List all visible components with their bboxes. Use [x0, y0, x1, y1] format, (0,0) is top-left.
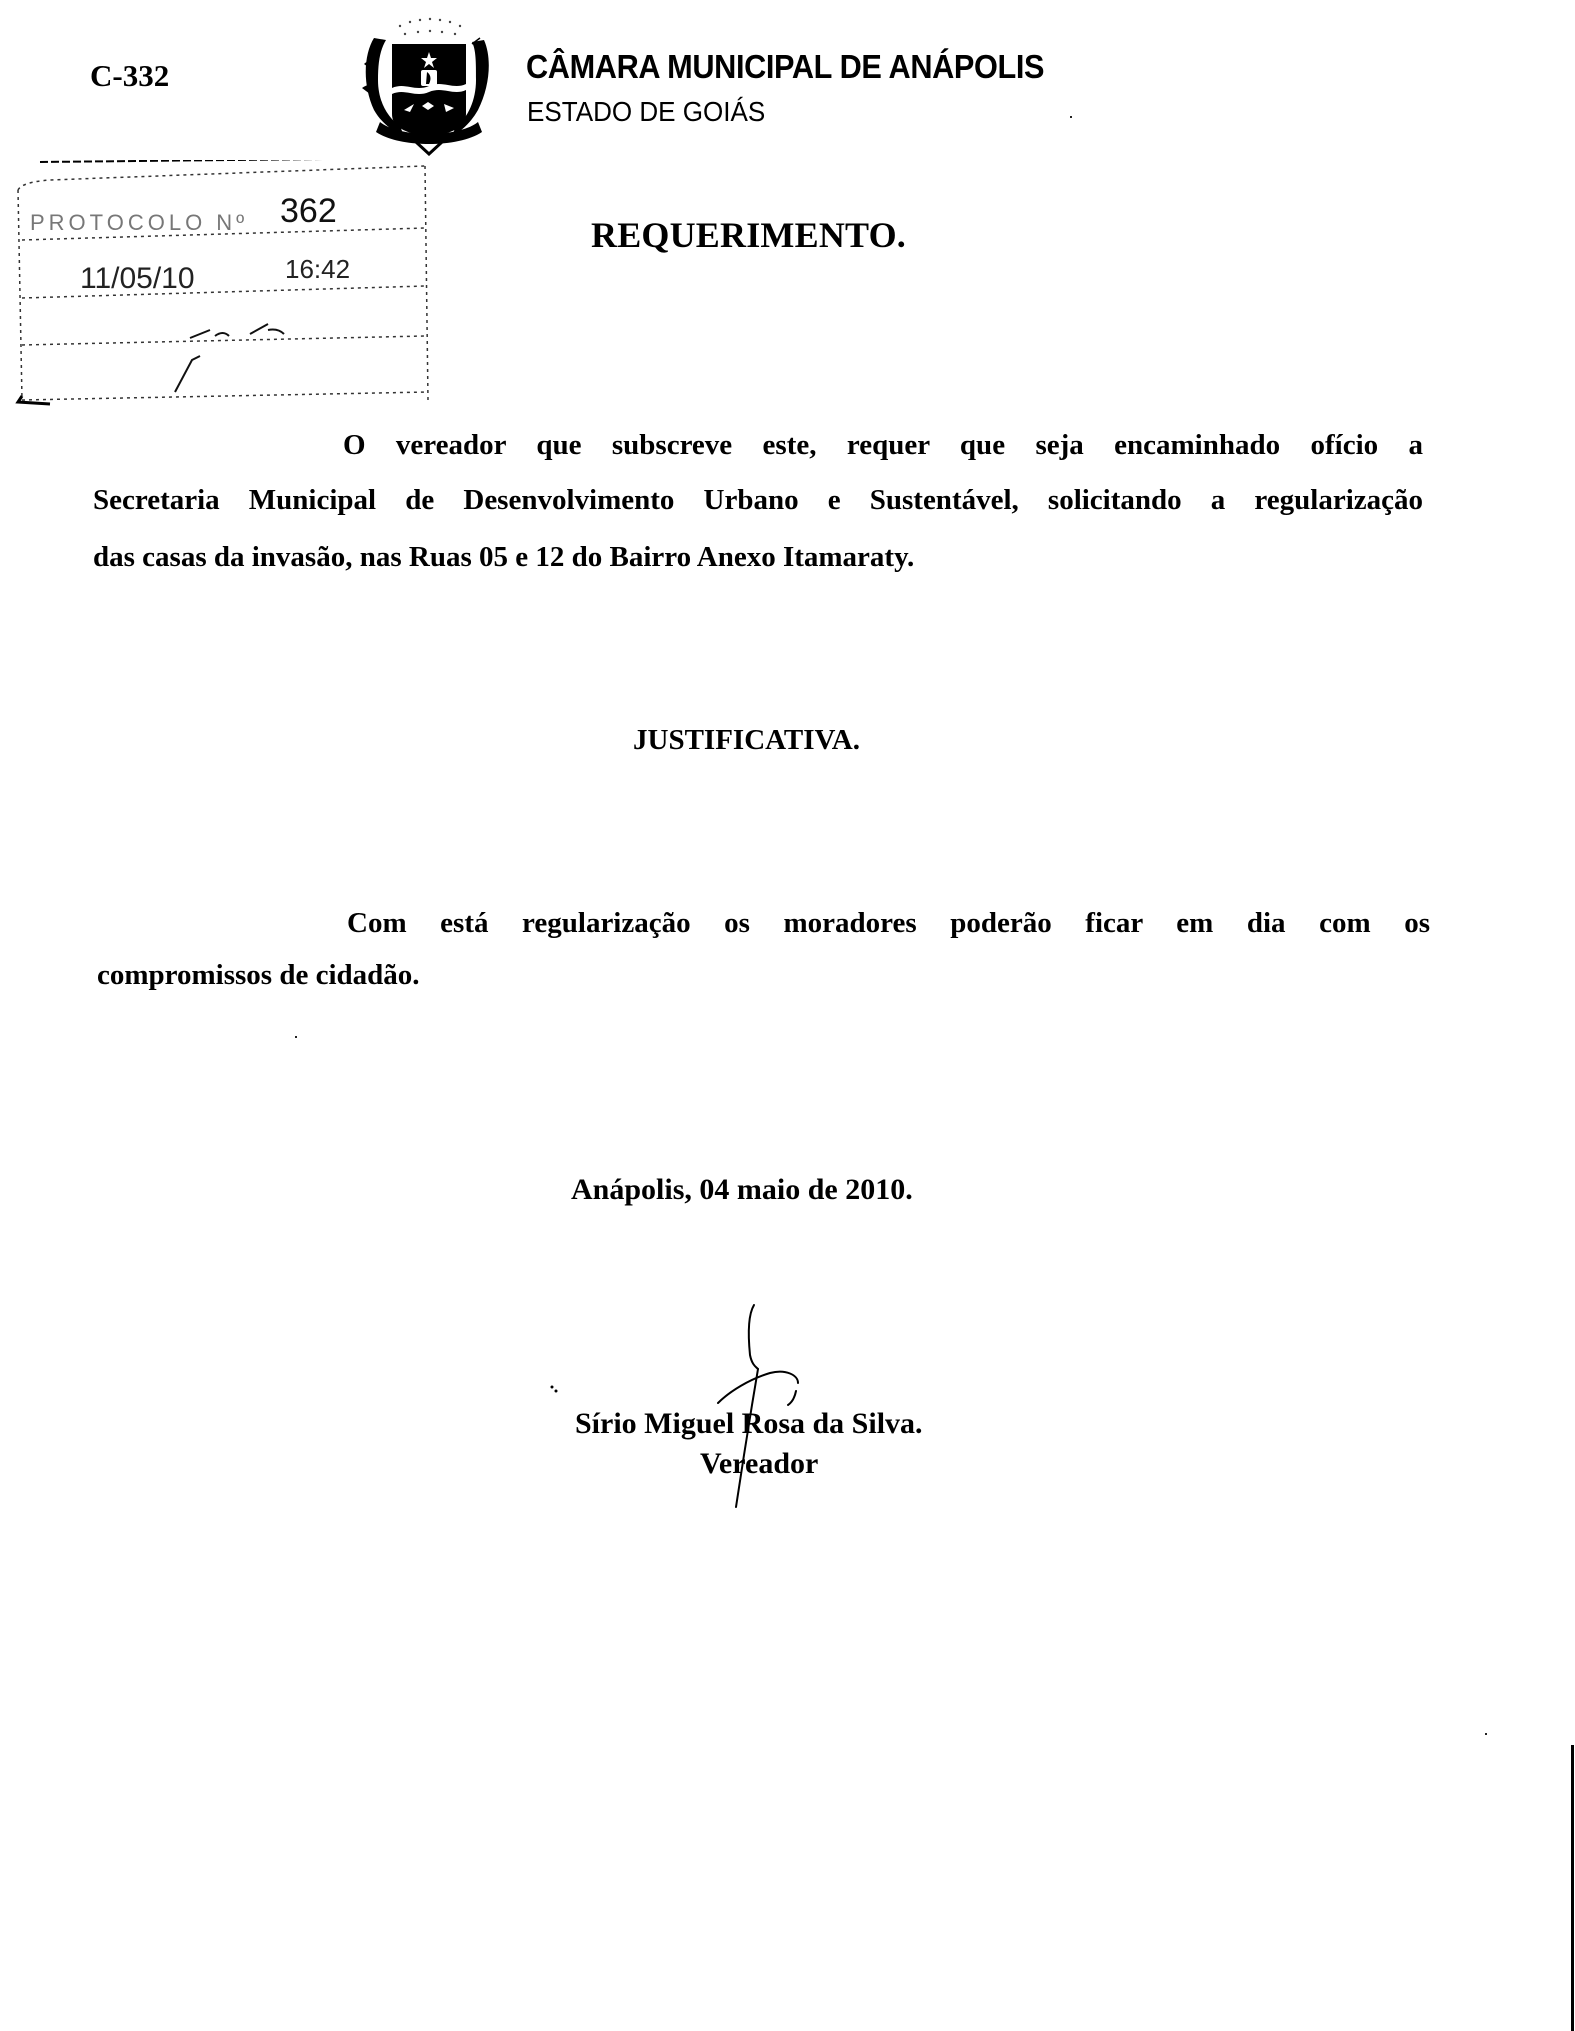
municipal-coat-of-arms-icon	[360, 14, 498, 156]
protocol-stamp: PROTOCOLO Nº 362 11/05/10 16:42	[10, 160, 440, 410]
document-code: C-332	[90, 58, 169, 94]
stamp-time: 16:42	[285, 254, 350, 284]
request-paragraph-line: O vereador que subscreve este, requer qu…	[343, 429, 1423, 462]
document-title: REQUERIMENTO.	[591, 214, 906, 256]
scan-edge-line	[1571, 1745, 1574, 2031]
stamp-label: PROTOCOLO Nº	[30, 210, 248, 235]
state-name: ESTADO DE GOIÁS	[527, 96, 765, 128]
request-paragraph-line: das casas da invasão, nas Ruas 05 e 12 d…	[93, 541, 914, 574]
date-line: Anápolis, 04 maio de 2010.	[571, 1173, 913, 1207]
scan-speck	[295, 1036, 297, 1038]
institution-name: CÂMARA MUNICIPAL DE ANÁPOLIS	[526, 48, 1044, 86]
scan-speck	[1070, 116, 1072, 118]
justification-paragraph-line: compromissos de cidadão.	[97, 959, 420, 992]
justification-paragraph-line: Com está regularização os moradores pode…	[347, 907, 1430, 940]
justification-title: JUSTIFICATIVA.	[633, 724, 860, 757]
handwritten-signature	[540, 1295, 820, 1515]
scan-speck	[1485, 1733, 1487, 1735]
stamp-number: 362	[280, 192, 337, 230]
request-paragraph-line: Secretaria Municipal de Desenvolvimento …	[93, 484, 1423, 517]
stamp-date: 11/05/10	[80, 262, 195, 295]
